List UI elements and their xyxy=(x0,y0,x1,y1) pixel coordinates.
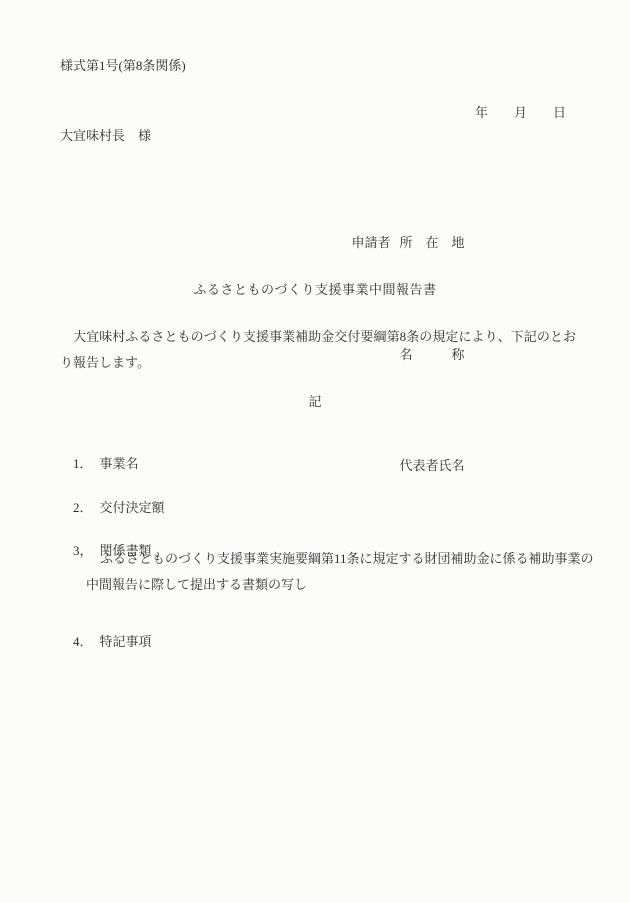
applicant-row-address: 申請者所 在 地 xyxy=(332,205,465,280)
document-page: 様式第1号(第8条関係) 年 月 日 大宜味村長 様 申請者所 在 地 名 称 … xyxy=(0,0,630,903)
addressee: 大宜味村長 様 xyxy=(60,127,151,145)
applicant-field-address: 所 在 地 xyxy=(400,235,465,250)
applicant-field-representative: 代表者氏名 xyxy=(400,458,465,473)
body-paragraph: 大宜味村ふるさとものづくり支援事業補助金交付要綱第8条の規定により、下記のとおり… xyxy=(60,324,576,376)
date-line: 年 月 日 xyxy=(475,104,566,122)
form-number: 様式第1号(第8条関係) xyxy=(60,57,186,75)
item-number: 2． xyxy=(73,500,93,515)
item-label: 交付決定額 xyxy=(100,500,165,515)
item-number: 4． xyxy=(73,634,93,649)
applicant-label: 申請者 xyxy=(352,230,400,255)
item-label: 事業名 xyxy=(100,456,139,471)
item-number: 3， xyxy=(73,543,93,558)
item-number: 1． xyxy=(73,456,93,471)
item-related-documents-detail-line2: 中間報告に際して提出する書類の写し xyxy=(86,576,307,594)
record-marker: 記 xyxy=(0,393,630,411)
applicant-row-representative: 代表者氏名 xyxy=(332,428,465,503)
item-related-documents-detail-line1: ふるさとものづくり支援事業実施要綱第11条に規定する財団補助金に係る補助事業の xyxy=(100,550,594,568)
item-label: 特記事項 xyxy=(100,634,152,649)
document-title: ふるさとものづくり支援事業中間報告書 xyxy=(0,281,630,299)
item-special-notes: 4．特記事項 xyxy=(60,615,152,670)
